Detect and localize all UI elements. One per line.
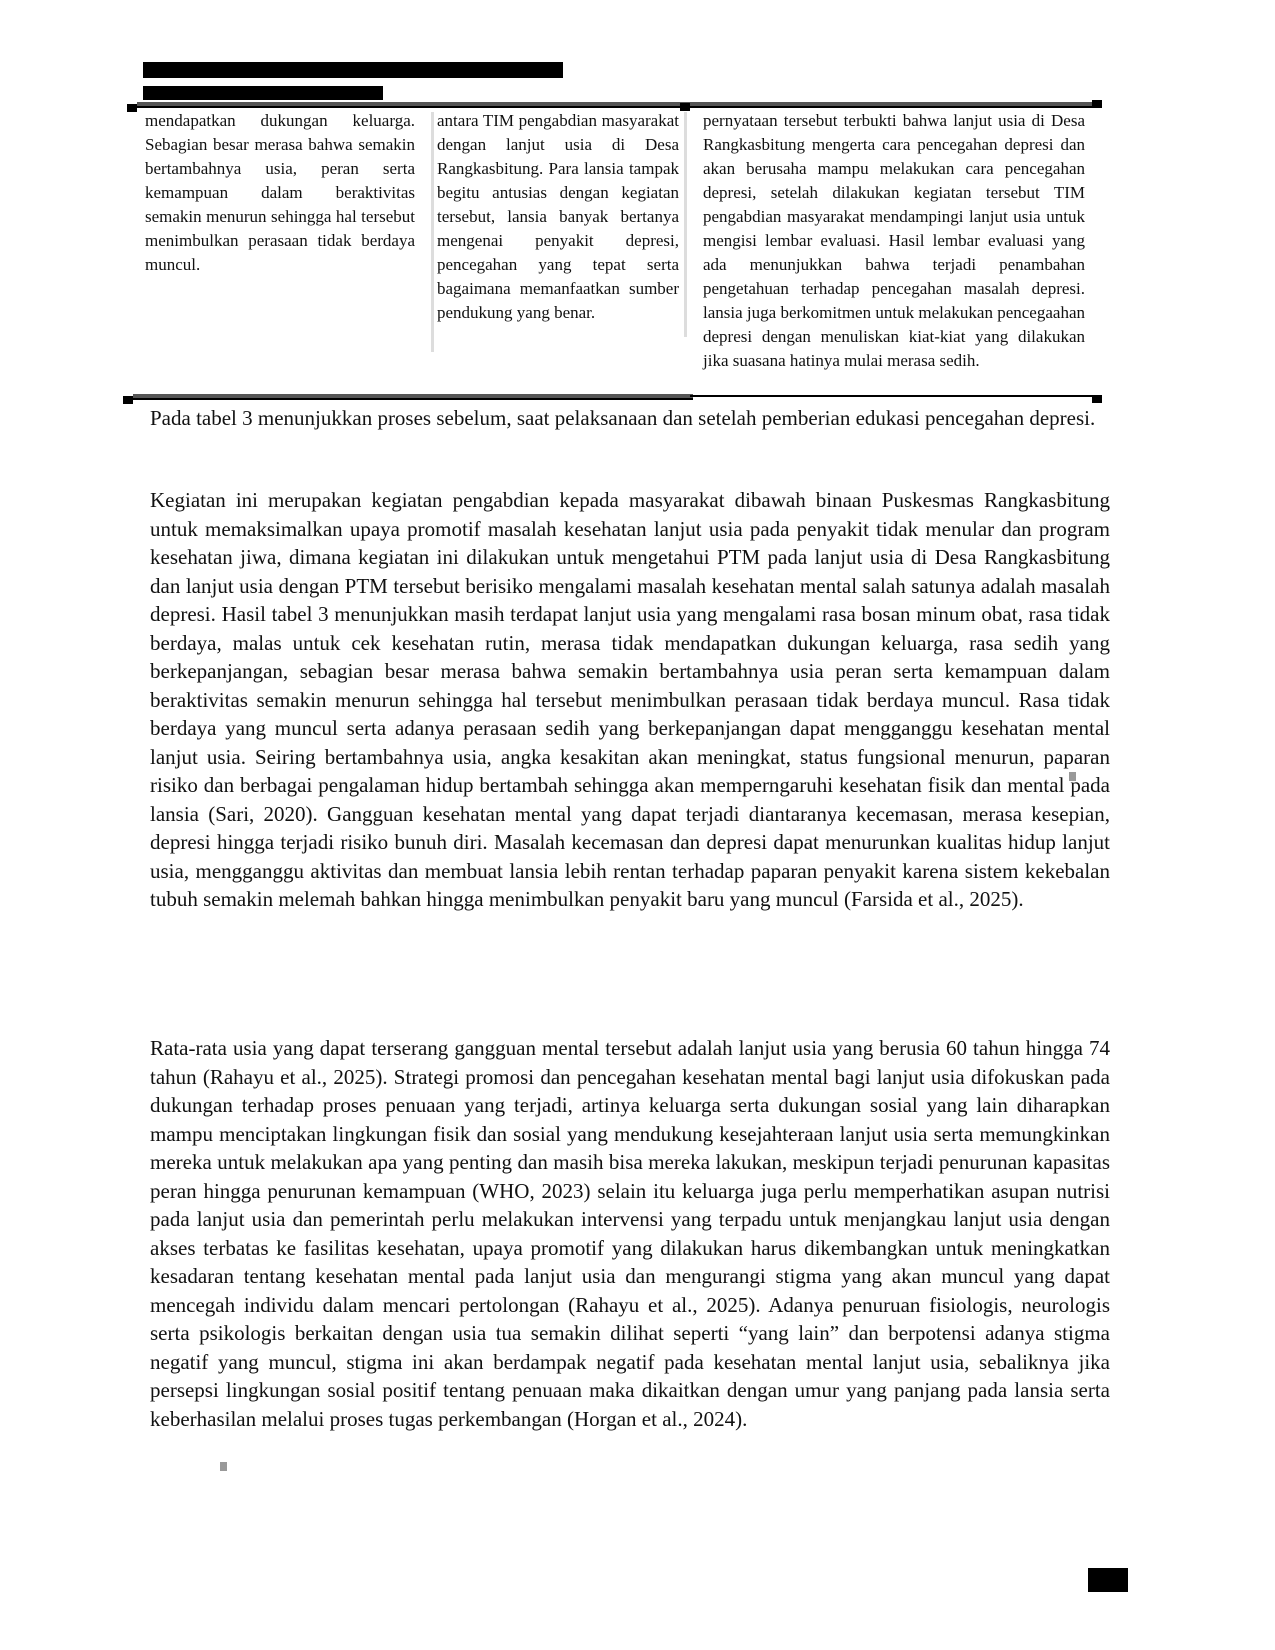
paragraph-text: Kegiatan ini merupakan kegiatan pengabdi… — [150, 486, 1110, 914]
body-paragraph-3: Rata-rata usia yang dapat terserang gang… — [150, 1034, 1110, 1433]
redacted-header-line-1 — [143, 62, 563, 78]
body-paragraph-2: Kegiatan ini merupakan kegiatan pengabdi… — [150, 486, 1110, 914]
paragraph-text: Pada tabel 3 menunjukkan proses sebelum,… — [150, 404, 1110, 433]
body-paragraph-1: Pada tabel 3 menunjukkan proses sebelum,… — [150, 404, 1110, 433]
table-cell-col-2: antara TIM pengabdian masyarakat dengan … — [437, 109, 679, 325]
redacted-header-line-2 — [143, 86, 383, 100]
redacted-page-number — [1088, 1568, 1128, 1592]
paragraph-text: Rata-rata usia yang dapat terserang gang… — [150, 1034, 1110, 1433]
scan-artifact — [1069, 772, 1076, 781]
scan-artifact — [220, 1462, 227, 1471]
table-cell-col-3: pernyataan tersebut terbukti bahwa lanju… — [703, 109, 1085, 373]
column-separator — [431, 112, 434, 352]
table-cell-col-1: mendapatkan dukungan keluarga. Sebagian … — [145, 109, 415, 277]
table-bottom-rule-right — [690, 395, 1102, 397]
column-separator — [684, 112, 687, 337]
